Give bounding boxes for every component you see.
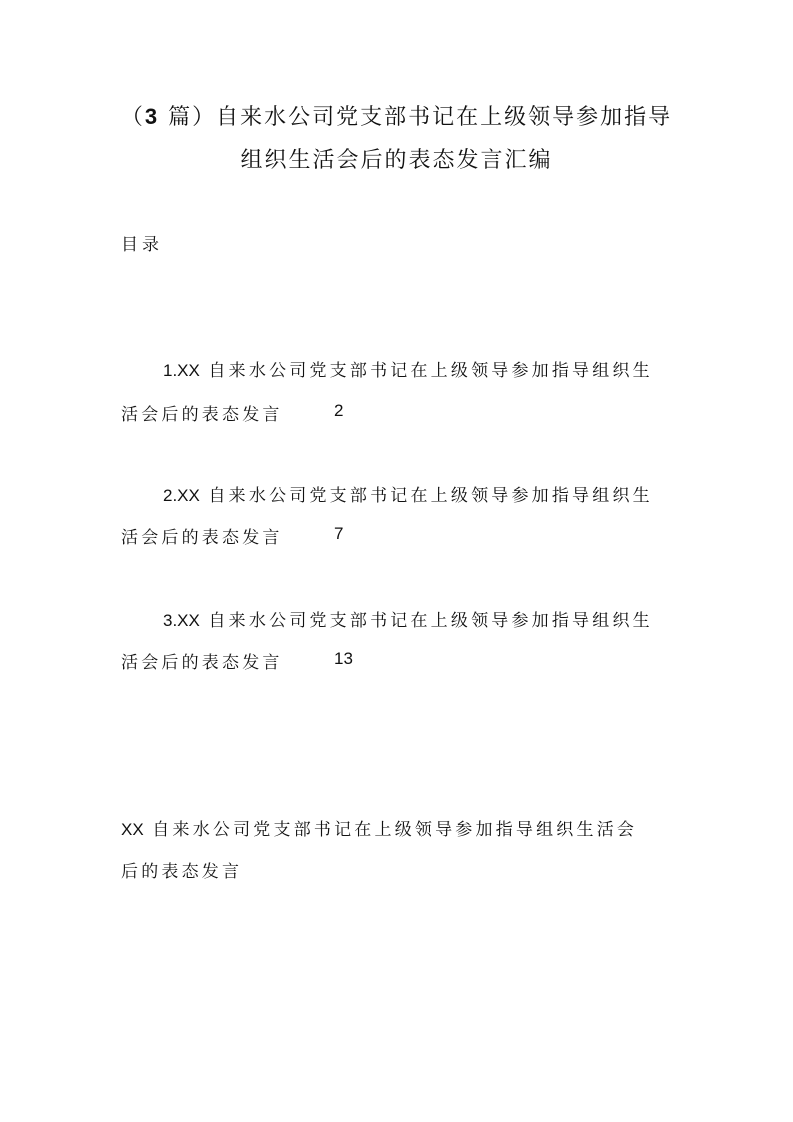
toc-entry-2[interactable]: 2.XX 自来水公司党支部书记在上级领导参加指导组织生 — [163, 481, 653, 506]
toc-entry-3-cont[interactable]: 活会后的表态发言 — [121, 648, 283, 673]
toc-heading: 目录 — [121, 230, 163, 255]
section-title-line-2: 后的表态发言 — [121, 857, 242, 882]
document-title-line-2: 组织生活会后的表态发言汇编 — [100, 143, 693, 174]
document-page: （3 篇）自来水公司党支部书记在上级领导参加指导 组织生活会后的表态发言汇编 目… — [0, 0, 793, 1122]
toc-entry-1-page[interactable]: 2 — [334, 401, 343, 421]
toc-entry-2-cont[interactable]: 活会后的表态发言 — [121, 523, 283, 548]
toc-entry-text: 自来水公司党支部书记在上级领导参加指导组织生 — [200, 486, 653, 506]
document-title-line-1: （3 篇）自来水公司党支部书记在上级领导参加指导 — [100, 100, 693, 131]
title-prefix: （ — [121, 105, 145, 130]
toc-entry-3-page[interactable]: 13 — [334, 649, 353, 669]
toc-entry-1[interactable]: 1.XX 自来水公司党支部书记在上级领导参加指导组织生 — [163, 356, 653, 381]
section-title-line-1: XX 自来水公司党支部书记在上级领导参加指导组织生活会 — [121, 815, 637, 840]
title-count: 3 — [145, 104, 159, 129]
toc-entry-2-page[interactable]: 7 — [334, 524, 343, 544]
section-title-prefix: XX — [121, 820, 144, 839]
section-title-text: 自来水公司党支部书记在上级领导参加指导组织生活会 — [144, 820, 637, 840]
toc-entry-index: 2.XX — [163, 486, 200, 505]
toc-entry-3[interactable]: 3.XX 自来水公司党支部书记在上级领导参加指导组织生 — [163, 606, 653, 631]
toc-entry-text: 自来水公司党支部书记在上级领导参加指导组织生 — [200, 611, 653, 631]
toc-entry-1-cont[interactable]: 活会后的表态发言 — [121, 400, 283, 425]
toc-entry-index: 1.XX — [163, 361, 200, 380]
toc-entry-text: 自来水公司党支部书记在上级领导参加指导组织生 — [200, 361, 653, 381]
title-rest: 篇）自来水公司党支部书记在上级领导参加指导 — [159, 105, 672, 130]
toc-entry-index: 3.XX — [163, 611, 200, 630]
